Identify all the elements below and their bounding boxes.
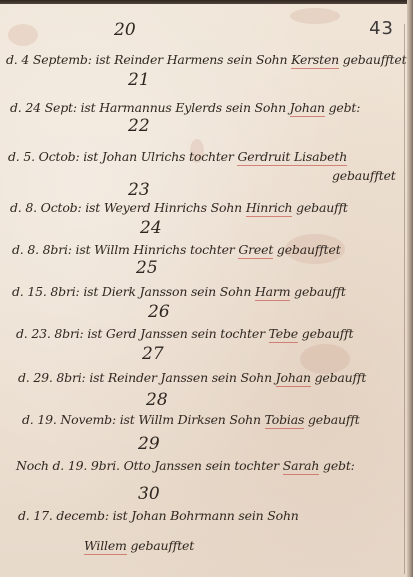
entry-number: 28: [146, 390, 168, 410]
entry-number: 21: [128, 70, 150, 90]
entry-number: 30: [138, 484, 160, 504]
entry-body: d. 15. 8bri: ist Dierk Jansson sein Sohn: [12, 284, 251, 299]
baptized-name: Greet: [238, 242, 273, 259]
baptized-name: Tobias: [265, 412, 305, 429]
entry-verb: gebt:: [329, 100, 361, 115]
entry-text: d. 4 Septemb: ist Reinder Harmens sein S…: [6, 52, 406, 67]
paper-stain: [290, 8, 340, 24]
entry-body: Noch d. 19. 9bri. Otto Janssen sein toch…: [16, 458, 279, 473]
entry-text: d. 23. 8bri: ist Gerd Janssen sein tocht…: [16, 326, 353, 341]
entry-text: Noch d. 19. 9bri. Otto Janssen sein toch…: [16, 458, 355, 473]
entry-body: d. 8. 8bri: ist Willm Hinrichs tochter: [12, 242, 235, 257]
entry-number: 25: [136, 258, 158, 278]
entry-number: 23: [128, 180, 150, 200]
entry-body: d. 19. Novemb: ist Willm Dirksen Sohn: [22, 412, 261, 427]
entry-number: 29: [138, 434, 160, 454]
baptized-name: Hinrich: [246, 200, 293, 217]
entry-number: 24: [140, 218, 162, 238]
register-page: 43 20 d. 4 Septemb: ist Reinder Harmens …: [0, 4, 408, 577]
entry-verb: gebaufftet: [343, 52, 407, 67]
baptized-name: Sarah: [283, 458, 320, 475]
entry-number: 26: [148, 302, 170, 322]
entry-number: 20: [114, 20, 136, 40]
page-number: 43: [369, 18, 394, 39]
baptized-name: Kersten: [291, 52, 339, 69]
entry-body: d. 23. 8bri: ist Gerd Janssen sein tocht…: [16, 326, 265, 341]
entry-verb: gebaufft: [302, 326, 354, 341]
entry-body: d. 8. Octob: ist Weyerd Hinrichs Sohn: [10, 200, 242, 215]
paper-stain: [8, 24, 38, 46]
baptized-name: Gerdruit Lisabeth: [237, 149, 347, 166]
entry-verb: gebaufft: [296, 200, 348, 215]
entry-body: d. 24 Sept: ist Harmannus Eylerds sein S…: [10, 100, 286, 115]
entry-text-continued: Willem gebaufftet: [84, 538, 194, 553]
baptized-name: Willem: [84, 538, 127, 555]
baptized-name: Johan: [290, 100, 325, 117]
baptized-name: Tebe: [269, 326, 298, 343]
entry-text: d. 24 Sept: ist Harmannus Eylerds sein S…: [10, 100, 360, 115]
entry-number: 27: [142, 344, 164, 364]
entry-text: d. 8. 8bri: ist Willm Hinrichs tochter G…: [12, 242, 341, 257]
entry-text: d. 17. decemb: ist Johan Bohrmann sein S…: [18, 508, 299, 523]
entry-text: d. 5. Octob: ist Johan Ulrichs tochter G…: [8, 149, 347, 164]
entry-body: d. 4 Septemb: ist Reinder Harmens sein S…: [6, 52, 287, 67]
entry-body: d. 5. Octob: ist Johan Ulrichs tochter: [8, 149, 234, 164]
entry-verb: gebaufftet: [277, 242, 341, 257]
entry-verb: gebaufft: [315, 370, 367, 385]
entry-verb: gebaufft: [308, 412, 360, 427]
entry-text-continued: gebaufftet: [332, 168, 396, 183]
entry-text: d. 19. Novemb: ist Willm Dirksen Sohn To…: [22, 412, 360, 427]
entry-body: d. 29. 8bri: ist Reinder Janssen sein So…: [18, 370, 272, 385]
page-fold-line: [404, 24, 405, 574]
baptized-name: Johan: [276, 370, 311, 387]
page-right-edge: [407, 0, 413, 577]
entry-verb: gebt:: [323, 458, 355, 473]
entry-text: d. 8. Octob: ist Weyerd Hinrichs Sohn Hi…: [10, 200, 348, 215]
entry-text: d. 15. 8bri: ist Dierk Jansson sein Sohn…: [12, 284, 346, 299]
entry-text: d. 29. 8bri: ist Reinder Janssen sein So…: [18, 370, 366, 385]
baptized-name: Harm: [255, 284, 290, 301]
entry-verb: gebaufft: [294, 284, 346, 299]
entry-verb: gebaufftet: [130, 538, 194, 553]
entry-number: 22: [128, 116, 150, 136]
